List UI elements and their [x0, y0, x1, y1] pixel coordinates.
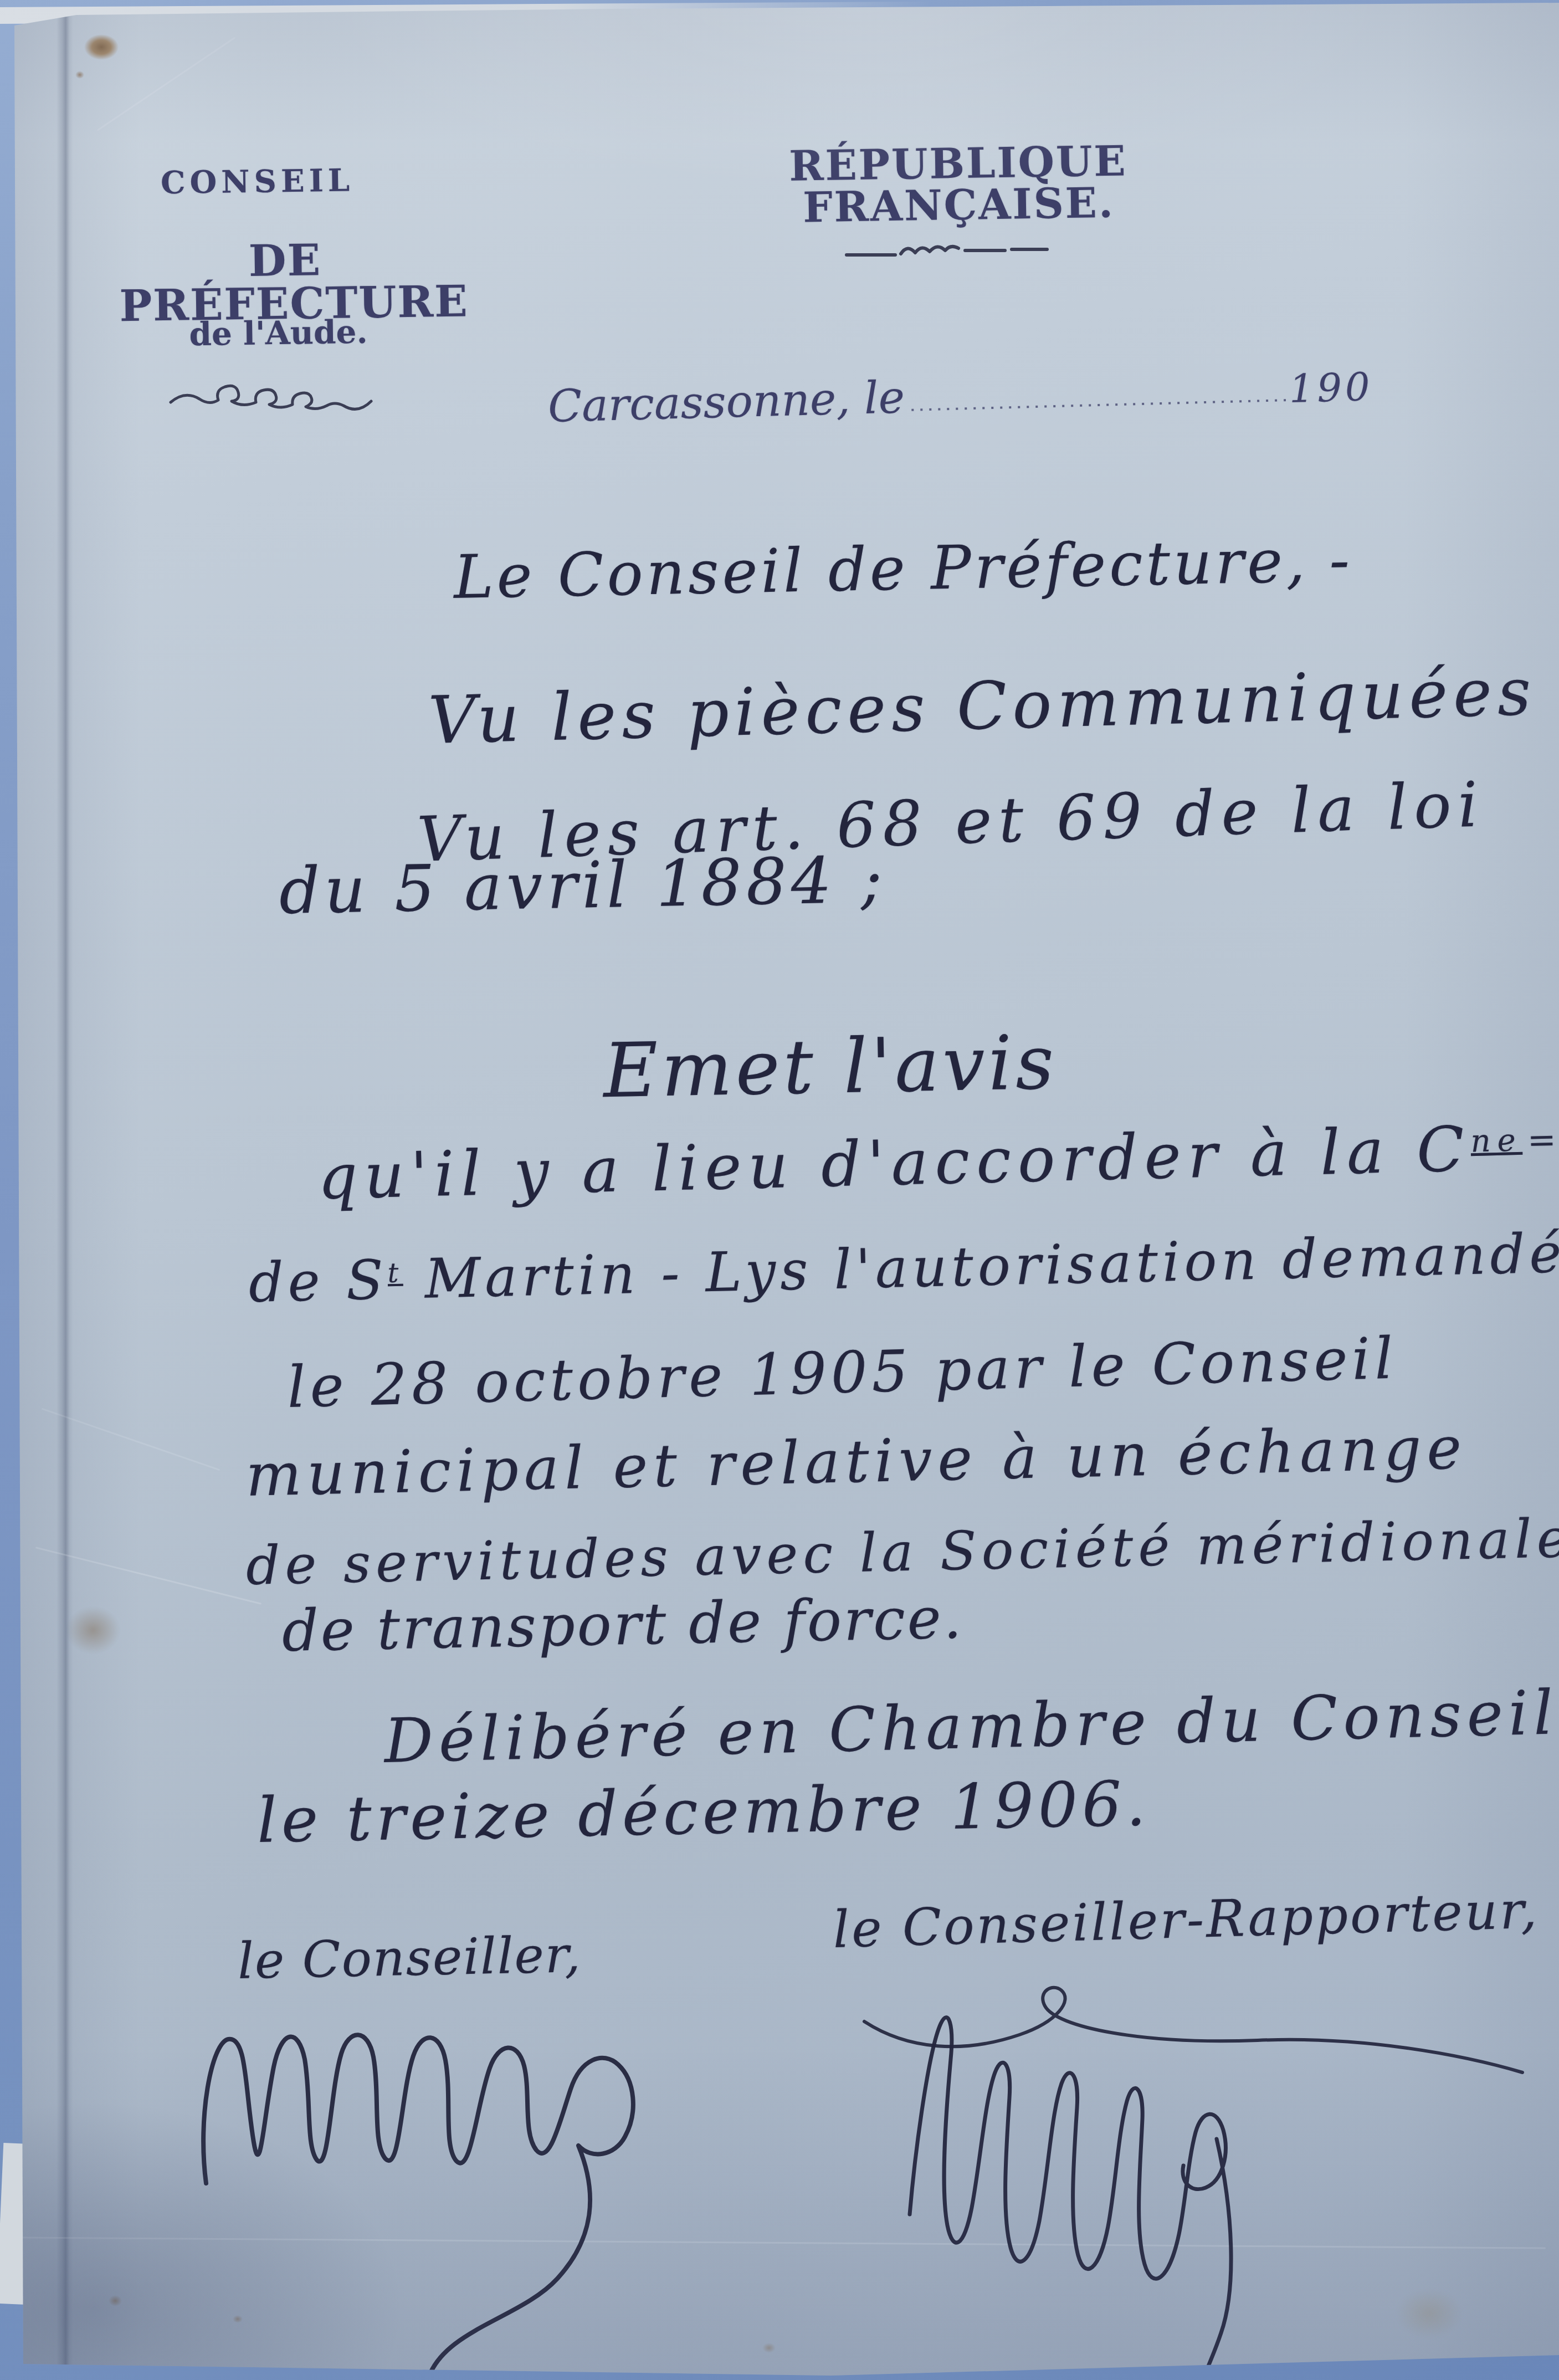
stain-spot [75, 71, 84, 79]
republic-masthead: RÉPUBLIQUE FRANÇAISE. [678, 139, 1239, 231]
caption-conseiller-rapporteur: le Conseiller-Rapporteur, [832, 1885, 1540, 1956]
photo-background: CONSEIL DE PRÉFECTURE de l'Aude. RÉPUBLI… [0, 0, 1559, 2380]
stain-spot [84, 34, 119, 60]
paper-crease [17, 2236, 1546, 2249]
opening-dash: - [1329, 526, 1353, 596]
handwritten-para6: de transport de force. [281, 1590, 964, 1660]
handwritten-para5: de servitudes avec la Société méridional… [245, 1512, 1559, 1593]
dateline-year: 190 [1289, 367, 1373, 408]
dateline: Carcassonne, le 190 [547, 363, 1374, 429]
caption-conseiller: le Conseiller, [237, 1930, 582, 1987]
handwritten-avis-heading: Emet l'avis [552, 1024, 1107, 1109]
para2-text: de S [248, 1248, 389, 1315]
ornament-flourish [171, 386, 371, 409]
handwritten-deliberation: Délibéré en Chambre du Conseil [383, 1682, 1559, 1772]
dotted-rule [908, 398, 1286, 412]
divider-squiggle [847, 247, 1047, 255]
signature-underline-flourish [864, 1988, 1522, 2072]
handwritten-vu-articles-cont: du 5 avril 1884 ; [279, 848, 888, 924]
stain-spot [109, 2295, 122, 2306]
para2-superscript: t [387, 1257, 403, 1289]
handwritten-deliberation-date: le treize décembre 1906. [257, 1773, 1151, 1852]
handwritten-para2: de St Martin - Lys l'autorisation demand… [248, 1226, 1559, 1311]
handwritten-para4: municipal et relative à un échange [245, 1419, 1468, 1505]
document-page: CONSEIL DE PRÉFECTURE de l'Aude. RÉPUBLI… [0, 0, 1559, 2380]
stain-spot [233, 2315, 243, 2323]
para1-text: qu'il y a lieu d'accorder à la C [317, 1113, 1471, 1214]
handwritten-opening: Le Conseil de Préfecture,- [453, 531, 1353, 608]
signature-conseiller [203, 2035, 633, 2380]
opening-text: Le Conseil de Préfecture, [453, 526, 1309, 612]
stain-spot [1396, 2289, 1463, 2338]
signature-rapporteur [910, 2018, 1231, 2380]
para2-rest: Martin - Lys l'autorisation demandée [402, 1221, 1559, 1312]
page-fold-crease [57, 11, 73, 2366]
handwritten-para3: le 28 octobre 1905 par le Conseil [286, 1330, 1398, 1416]
handwritten-vu-pieces: Vu les pièces Communiquées ; [428, 657, 1559, 753]
para1-superscript: ne [1470, 1122, 1523, 1159]
para1-continuation-mark: = [1527, 1120, 1556, 1160]
handwritten-para1: qu'il y a lieu d'accorder à la Cne= [317, 1116, 1557, 1209]
dateline-place: Carcassonne, le [547, 375, 905, 429]
stain-spot [66, 1607, 120, 1654]
letterhead-title: CONSEIL [161, 165, 339, 198]
stain-spot [762, 2343, 776, 2353]
letterhead-department: de l'Aude. [183, 316, 375, 351]
